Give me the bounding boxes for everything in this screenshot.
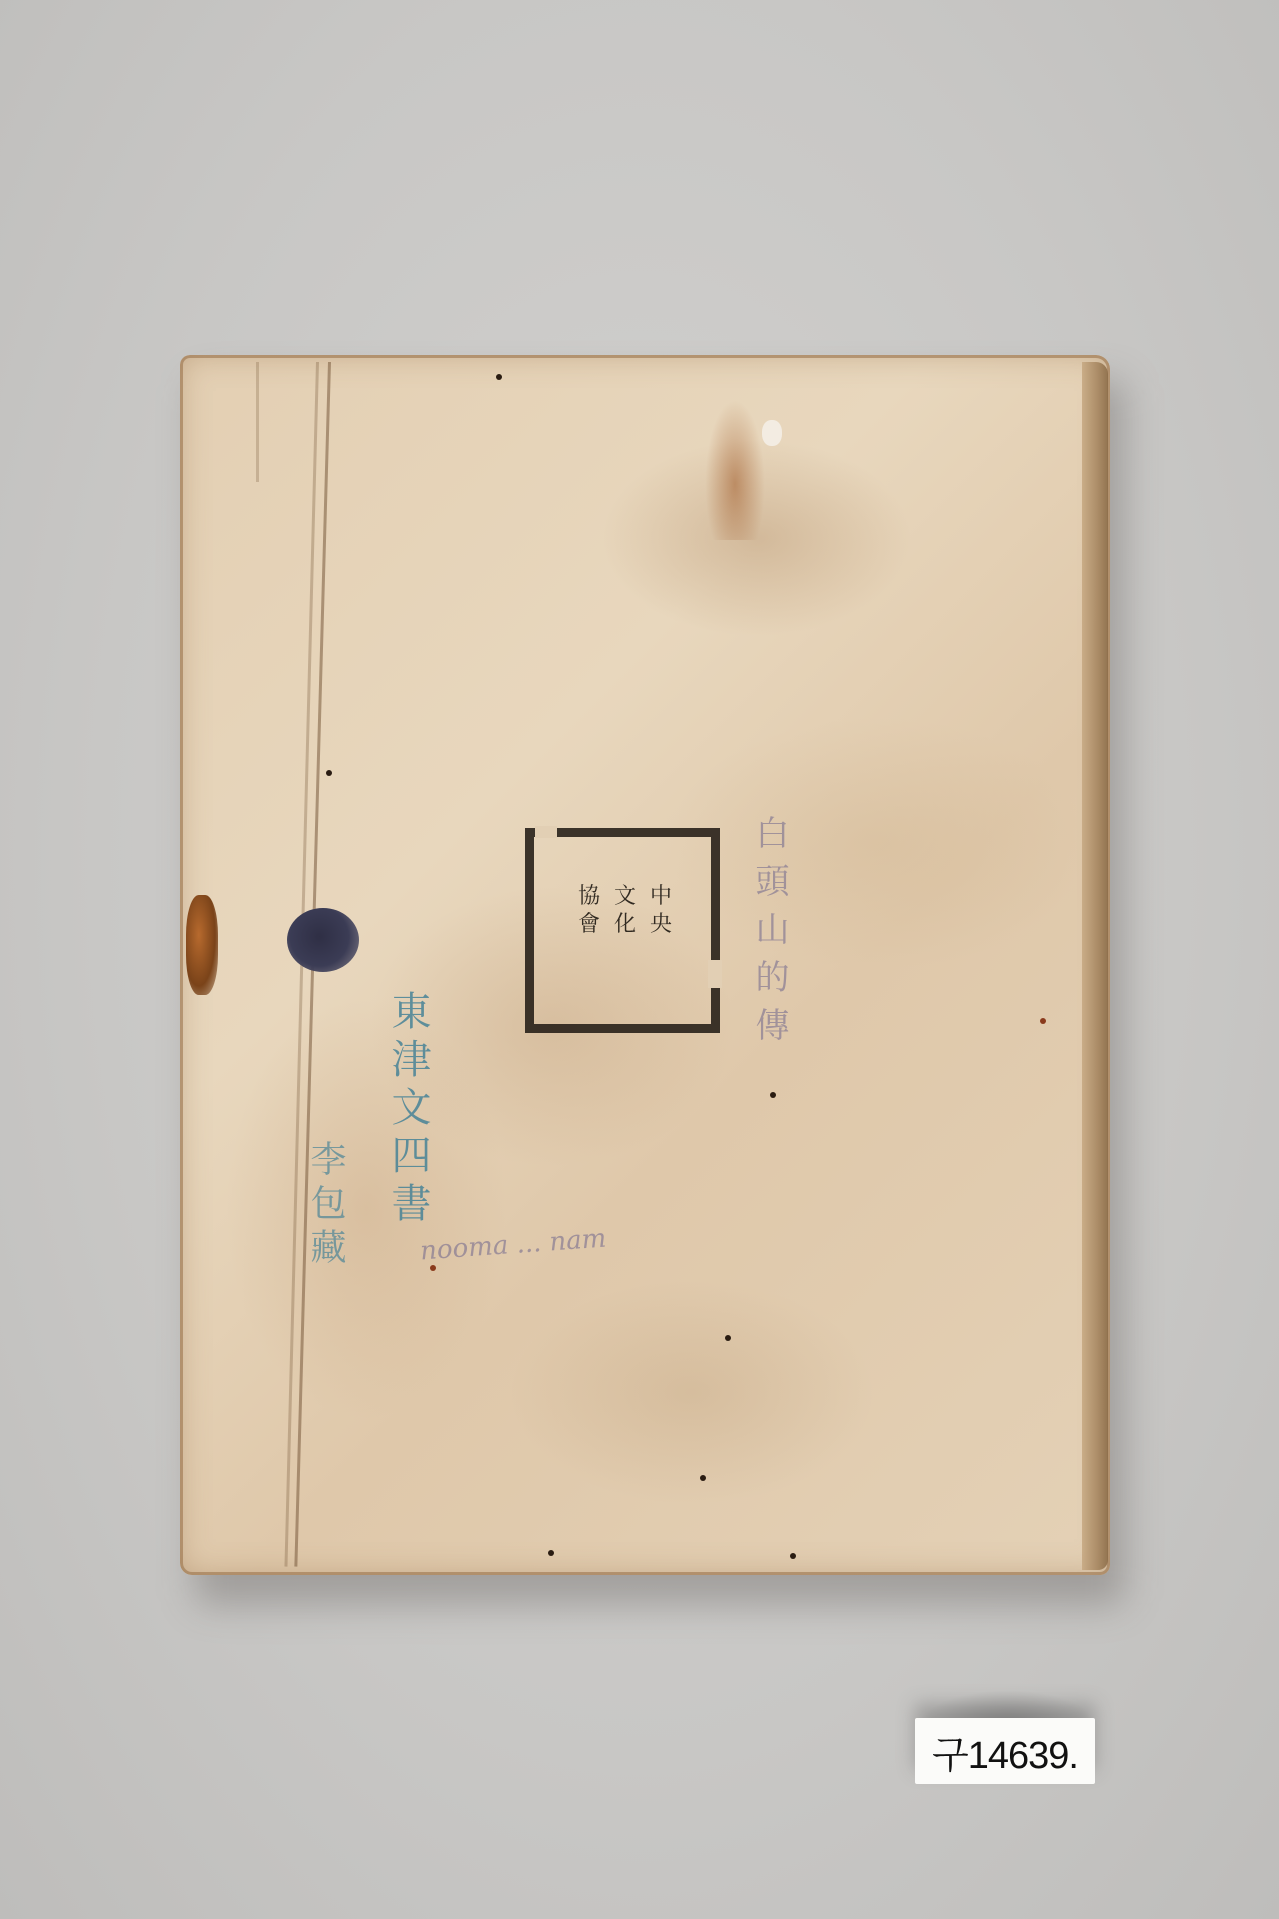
catalog-number: 구14639. (932, 1724, 1078, 1779)
ink-blot (287, 908, 359, 972)
handwritten-title: 東津文四書 (380, 990, 437, 1230)
foxing-spot (496, 374, 502, 380)
page-edges (1082, 362, 1108, 1570)
foxing-spot (430, 1265, 436, 1271)
catalog-label: 구14639. (915, 1718, 1095, 1784)
stain (705, 400, 765, 540)
stamp-column: 文 化 (614, 885, 636, 937)
spine-fold (256, 362, 259, 482)
stamp-char: 文 (614, 885, 636, 909)
stamp-column: 協 會 (578, 885, 600, 937)
stamp-char: 化 (614, 913, 636, 937)
stamp-char: 央 (650, 913, 672, 937)
pencil-vertical-note: 白頭山的傳 (745, 815, 794, 1055)
stamp-char: 協 (578, 885, 600, 909)
worn-spot (762, 420, 782, 446)
stamp-wear (535, 826, 557, 838)
foxing-spot (548, 1550, 554, 1556)
handwritten-owner: 李包藏 (300, 1140, 351, 1272)
foxing-spot (770, 1092, 776, 1098)
stamp-char: 中 (650, 885, 672, 909)
foxing-spot (700, 1475, 706, 1481)
foxing-spot (1040, 1018, 1046, 1024)
rust-stain (186, 895, 218, 995)
stamp-wear (708, 960, 722, 988)
foxing-spot (725, 1335, 731, 1341)
foxing-spot (790, 1553, 796, 1559)
stamp-column: 中 央 (650, 885, 672, 937)
publisher-stamp-text: 中 央 文 化 協 會 (565, 885, 685, 937)
foxing-spot (326, 770, 332, 776)
stamp-char: 會 (578, 913, 600, 937)
